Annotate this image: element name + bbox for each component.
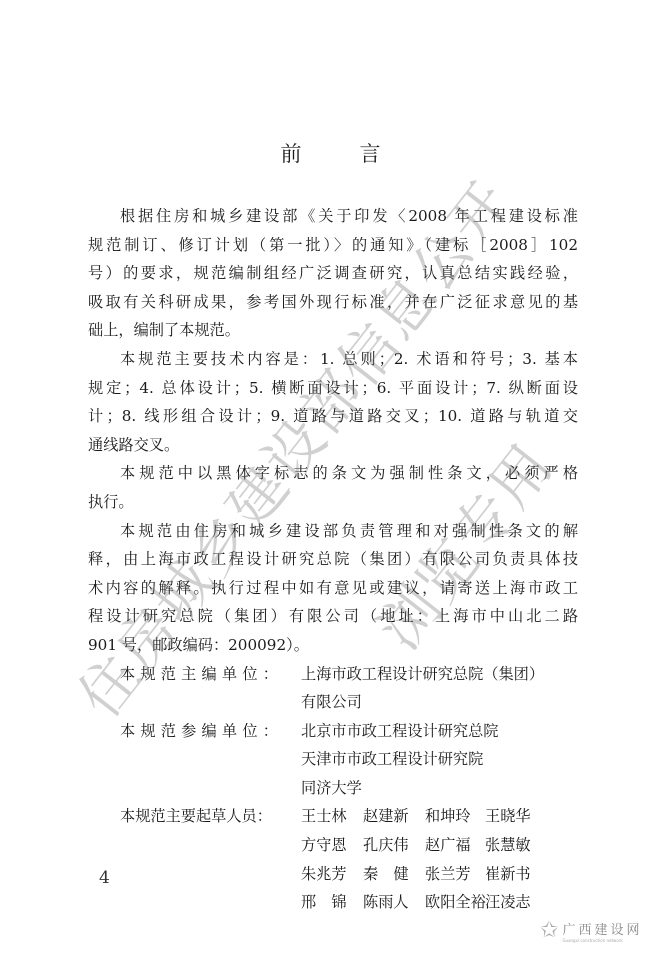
- text-line: 执行。: [88, 488, 578, 517]
- preface-body: 根据住房和城乡建设部《关于印发〈2008 年工程建设标准 规范制订、修订计划（第…: [88, 202, 578, 917]
- drafter-name: 张兰芳: [425, 860, 485, 889]
- title-char-2: 言: [360, 138, 381, 168]
- drafters-row: 本规范主要起草人员： 王士林 赵建新 和坤玲 王晓华 方守恩 孔庆伟 赵广福 张…: [88, 802, 578, 916]
- star-logo-icon: ✩: [540, 918, 558, 943]
- participating-units-label: 本规范参编单位：: [88, 717, 301, 803]
- drafter-name: 孔庆伟: [363, 831, 425, 860]
- drafter-name: 王士林: [301, 802, 363, 831]
- text-line: 本规范主要技术内容是：1. 总则；2. 术语和符号；3. 基本: [88, 345, 578, 374]
- drafter-name: 邢 锦: [301, 888, 363, 917]
- drafter-name: 陈雨人: [363, 888, 425, 917]
- participating-unit: 同济大学: [301, 774, 578, 803]
- drafter-name: 欧阳全裕: [425, 888, 485, 917]
- paragraph-management: 本规范由住房和城乡建设部负责管理和对强制性条文的解 释，由上海市政工程设计研究总…: [88, 517, 578, 660]
- drafter-name: 赵广福: [425, 831, 485, 860]
- logo-subtitle: Guangxi construction network: [562, 938, 642, 943]
- title-char-1: 前: [281, 138, 302, 168]
- drafter-name: 秦 健: [363, 860, 425, 889]
- page-number: 4: [99, 868, 110, 888]
- drafter-name: 方守恩: [301, 831, 363, 860]
- page-title: 前言: [0, 138, 661, 168]
- text-line: 通线路交叉。: [88, 431, 578, 460]
- text-line: 号）的要求，规范编制组经广泛调查研究，认真总结实践经验，: [88, 259, 578, 288]
- text-line: 术内容的解释。执行过程中如有意见或建议，请寄送上海市政工: [88, 574, 578, 603]
- text-line: 计；8. 线形组合设计；9. 道路与道路交叉；10. 道路与轨道交: [88, 402, 578, 431]
- logo-name: 广西建设网: [562, 919, 642, 938]
- text-line: 程设计研究总院（集团）有限公司（地址：上海市中山北二路: [88, 602, 578, 631]
- participating-unit: 天津市市政工程设计研究院: [301, 745, 578, 774]
- drafters-list-row: 方守恩 孔庆伟 赵广福 张慧敏: [301, 831, 578, 860]
- chief-editor-value: 有限公司: [301, 688, 578, 717]
- drafter-name: 赵建新: [363, 802, 425, 831]
- drafter-name: 张慧敏: [485, 831, 545, 860]
- drafter-name: 和坤玲: [425, 802, 485, 831]
- document-page: 前言 根据住房和城乡建设部《关于印发〈2008 年工程建设标准 规范制订、修订计…: [0, 0, 661, 958]
- text-line: 规定；4. 总体设计；5. 横断面设计；6. 平面设计；7. 纵断面设: [88, 374, 578, 403]
- text-line: 本规范中以黑体字标志的条文为强制性条文，必须严格: [88, 459, 578, 488]
- chief-editor-label: 本规范主编单位：: [88, 660, 301, 717]
- drafters-list-row: 王士林 赵建新 和坤玲 王晓华: [301, 802, 578, 831]
- drafter-name: 崔新书: [485, 860, 545, 889]
- drafters-label: 本规范主要起草人员：: [88, 802, 301, 916]
- text-line: 根据住房和城乡建设部《关于印发〈2008 年工程建设标准: [88, 202, 578, 231]
- drafter-name: 王晓华: [485, 802, 545, 831]
- paragraph-contents: 本规范主要技术内容是：1. 总则；2. 术语和符号；3. 基本 规定；4. 总体…: [88, 345, 578, 459]
- drafter-name: 朱兆芳: [301, 860, 363, 889]
- participating-unit: 北京市市政工程设计研究总院: [301, 717, 578, 746]
- drafters-list-row: 朱兆芳 秦 健 张兰芳 崔新书: [301, 860, 578, 889]
- text-line: 吸取有关科研成果，参考国外现行标准，并在广泛征求意见的基: [88, 288, 578, 317]
- text-line: 901 号，邮政编码：200092）。: [88, 631, 578, 660]
- chief-editor-value: 上海市政工程设计研究总院（集团）: [301, 660, 578, 689]
- text-line: 本规范由住房和城乡建设部负责管理和对强制性条文的解: [88, 517, 578, 546]
- paragraph-mandatory: 本规范中以黑体字标志的条文为强制性条文，必须严格 执行。: [88, 459, 578, 516]
- chief-editor-row: 本规范主编单位： 上海市政工程设计研究总院（集团） 有限公司: [88, 660, 578, 717]
- text-line: 释，由上海市政工程设计研究总院（集团）有限公司负责具体技: [88, 545, 578, 574]
- site-logo: ✩ 广西建设网 Guangxi construction network: [540, 918, 642, 943]
- text-line: 础上，编制了本规范。: [88, 316, 578, 345]
- participating-units-row: 本规范参编单位： 北京市市政工程设计研究总院 天津市市政工程设计研究院 同济大学: [88, 717, 578, 803]
- drafter-name: 汪凌志: [485, 888, 545, 917]
- paragraph-basis: 根据住房和城乡建设部《关于印发〈2008 年工程建设标准 规范制订、修订计划（第…: [88, 202, 578, 345]
- text-line: 规范制订、修订计划（第一批）〉的通知》（建标［2008］102: [88, 231, 578, 260]
- drafters-list-row: 邢 锦 陈雨人 欧阳全裕 汪凌志: [301, 888, 578, 917]
